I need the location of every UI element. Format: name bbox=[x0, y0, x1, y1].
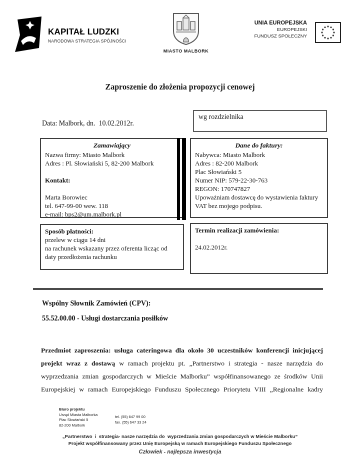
zamawiajacy-line: Adres : Pl. Słowiański 5, 82-200 Malbork bbox=[45, 159, 179, 168]
faktura-heading: Dane do faktury: bbox=[195, 141, 323, 150]
miasto-malbork-label: MIASTO MALBORK bbox=[150, 49, 222, 54]
distribution-box: wg rozdzielnika bbox=[193, 110, 327, 132]
zamawiajacy-line: Nazwa firmy: Miasto Malbork bbox=[45, 151, 179, 160]
kontakt-line: e-mail: bps2@um.malbork.pl bbox=[45, 210, 179, 219]
contact-fax: fax. (55) 647 33 24 bbox=[115, 420, 146, 426]
blank-line bbox=[45, 185, 179, 194]
eu-line1: UNIA EUROPEJSKA bbox=[208, 20, 307, 26]
kapital-ludzki-wordmark: KAPITAŁ LUDZKI NARODOWA STRATEGIA SPÓJNO… bbox=[48, 27, 158, 44]
kontakt-line: Marta Borowiec bbox=[45, 193, 179, 202]
faktura-line: VAT bez mojego podpisu. bbox=[195, 202, 323, 211]
platnosc-line: daty przedłożenia rachunku bbox=[45, 253, 179, 262]
eu-line2: EUROPEJSKI bbox=[208, 27, 307, 33]
cell-separator-bars bbox=[176, 138, 187, 220]
footer-motto: Człowiek - najlepsza inwestycja bbox=[0, 449, 360, 455]
termin-cell: Termin realizacji zamówienia: 24.02.2012… bbox=[190, 223, 328, 274]
footer-cofinance-line: Projekt współfinansowany przez Unię Euro… bbox=[0, 441, 360, 447]
faktura-line: Plac Słowiański 5 bbox=[195, 168, 323, 177]
faktura-line: Adres : 82-200 Malbork bbox=[195, 159, 323, 168]
blank-line bbox=[45, 168, 179, 177]
eu-flag-icon bbox=[315, 22, 341, 43]
section-divider bbox=[33, 288, 323, 290]
kontakt-label: Kontakt: bbox=[45, 176, 179, 185]
platnosc-line: na rachunek wskazany przez oferenta licz… bbox=[45, 244, 179, 253]
sposob-platnosci-cell: Sposób płatności: przelew w ciągu 14 dni… bbox=[40, 224, 184, 270]
scaled-page: KAPITAŁ LUDZKI NARODOWA STRATEGIA SPÓJNO… bbox=[0, 0, 360, 466]
dane-do-faktury-cell: Dane do faktury: Nabywca: Miasto Malbork… bbox=[190, 138, 328, 218]
termin-heading: Termin realizacji zamówienia: bbox=[195, 226, 323, 235]
faktura-line: Numer NIP: 579-22-30-763 bbox=[195, 176, 323, 185]
page-title: Zaproszenie do złożenia propozycji cenow… bbox=[0, 83, 360, 92]
kapital-ludzki-name: KAPITAŁ LUDZKI bbox=[48, 27, 158, 37]
blank-line bbox=[195, 235, 323, 244]
malbork-crest-icon bbox=[172, 12, 200, 46]
faktura-line: Nabywca: Miasto Malbork bbox=[195, 151, 323, 160]
kapital-ludzki-logo-icon bbox=[14, 15, 43, 53]
faktura-line: REGON: 170747827 bbox=[195, 185, 323, 194]
platnosc-line: przelew w ciągu 14 dni bbox=[45, 236, 179, 245]
footer-contact-address: Biuro projektu Urząd Miasta Malborka Pla… bbox=[59, 407, 98, 428]
document-page: KAPITAŁ LUDZKI NARODOWA STRATEGIA SPÓJNO… bbox=[0, 0, 360, 466]
eu-wordmark: UNIA EUROPEJSKA EUROPEJSKI FUNDUSZ SPOŁE… bbox=[208, 20, 307, 39]
footer-partnership-line: „Partnerstwo i strategia- nasze narzędzi… bbox=[0, 434, 360, 440]
contact-line: 82-200 Malbork bbox=[59, 423, 98, 428]
cpv-code: 55.52.00.00 - Usługi dostarczania posiłk… bbox=[42, 315, 168, 323]
subject-paragraph: Przedmiot zaproszenia: usługa cateringow… bbox=[41, 344, 323, 400]
platnosc-heading: Sposób płatności: bbox=[45, 227, 179, 236]
faktura-line: Upoważniam dostawcę do wystawienia faktu… bbox=[195, 193, 323, 202]
kontakt-line: tel. 647-99-00 wew. 118 bbox=[45, 202, 179, 211]
zamawiajacy-cell: Zamawiający Nazwa firmy: Miasto Malbork … bbox=[40, 138, 184, 218]
cpv-label: Wspólny Słownik Zamówień (CPV): bbox=[42, 300, 151, 308]
date-line: Data: Malbork, dn. 10.02.2012r. bbox=[42, 120, 134, 128]
termin-value: 24.02.2012r. bbox=[195, 243, 323, 252]
eu-line3: FUNDUSZ SPOŁECZNY bbox=[208, 34, 307, 40]
distribution-text: wg rozdzielnika bbox=[194, 111, 326, 124]
zamawiajacy-heading: Zamawiający bbox=[45, 141, 179, 150]
footer-contact-phones: tel. (55) 647 99 00 fax. (55) 647 33 24 bbox=[115, 414, 146, 425]
separator-bar bbox=[182, 138, 186, 220]
separator-bar bbox=[177, 138, 180, 220]
kapital-ludzki-tagline: NARODOWA STRATEGIA SPÓJNOŚCI bbox=[48, 39, 158, 44]
